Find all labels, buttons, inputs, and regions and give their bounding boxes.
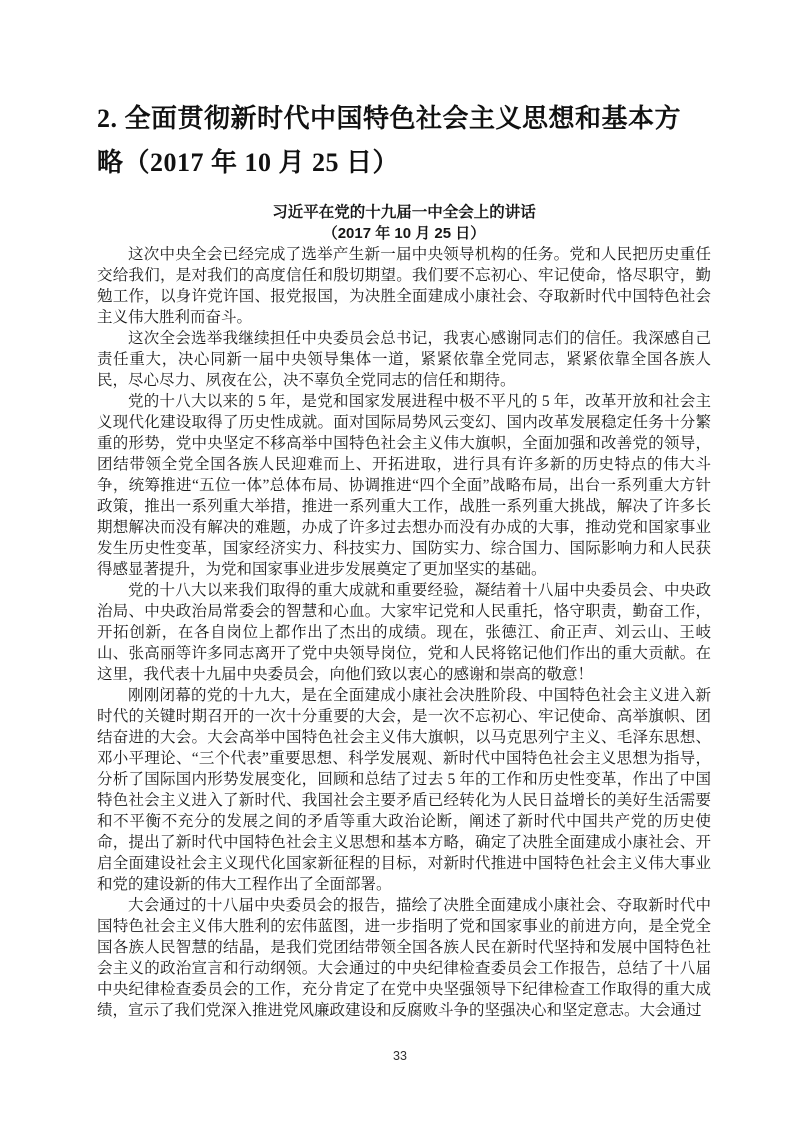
paragraph: 党的十八大以来的 5 年，是党和国家发展进程中极不平凡的 5 年，改革开放和社会… <box>97 391 711 580</box>
document-page: 2. 全面贯彻新时代中国特色社会主义思想和基本方略（2017 年 10 月 25… <box>0 0 800 1133</box>
speech-title: 习近平在党的十九届一中全会上的讲话 <box>97 202 711 223</box>
speech-body: 这次中央全会已经完成了选举产生新一届中央领导机构的任务。党和人民把历史重任交给我… <box>97 244 711 1021</box>
paragraph: 这次全会选举我继续担任中央委员会总书记，我衷心感谢同志们的信任。我深感自己责任重… <box>97 328 711 391</box>
paragraph: 党的十八大以来我们取得的重大成就和重要经验，凝结着十八届中央委员会、中央政治局、… <box>97 580 711 685</box>
paragraph: 刚刚闭幕的党的十九大，是在全面建成小康社会决胜阶段、中国特色社会主义进入新时代的… <box>97 685 711 895</box>
page-number: 33 <box>0 1048 800 1064</box>
speech-date: （2017 年 10 月 25 日） <box>97 223 711 244</box>
paragraph: 这次中央全会已经完成了选举产生新一届中央领导机构的任务。党和人民把历史重任交给我… <box>97 244 711 328</box>
section-heading: 2. 全面贯彻新时代中国特色社会主义思想和基本方略（2017 年 10 月 25… <box>97 97 693 185</box>
page-content: 2. 全面贯彻新时代中国特色社会主义思想和基本方略（2017 年 10 月 25… <box>97 97 711 1021</box>
paragraph: 大会通过的十八届中央委员会的报告，描绘了决胜全面建成小康社会、夺取新时代中国特色… <box>97 895 711 1021</box>
